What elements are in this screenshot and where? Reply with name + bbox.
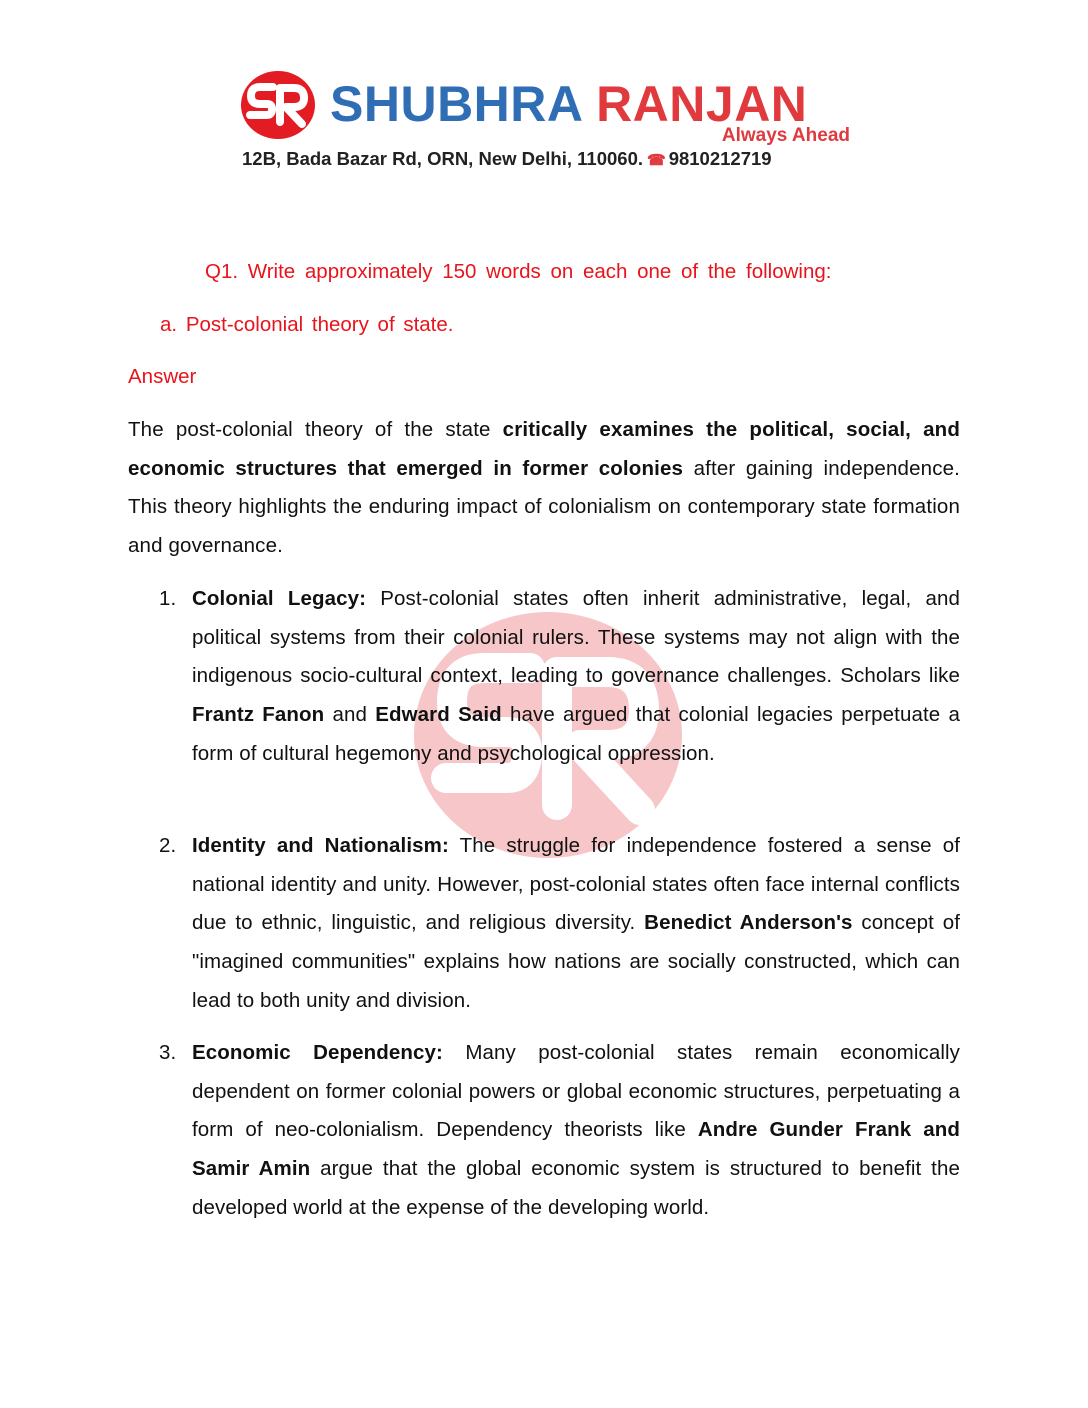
answer-heading: Answer — [128, 363, 196, 391]
address-line: 12B, Bada Bazar Rd, ORN, New Delhi, 1100… — [242, 148, 772, 172]
address: 12B, Bada Bazar Rd, ORN, New Delhi, 1100… — [242, 148, 643, 169]
sub-question-text: Post-colonial theory of state. — [186, 313, 454, 336]
letterhead: SHUBHRA RANJAN Always Ahead 12B, Bada Ba… — [238, 68, 858, 178]
bold-name: Edward Said — [375, 703, 502, 726]
list-number: 1. — [159, 580, 176, 619]
intro-paragraph: The post-colonial theory of the state cr… — [128, 411, 960, 566]
list-item-body: Identity and Nationalism: The struggle f… — [192, 834, 960, 1012]
question-prompt: Q1. Write approximately 150 words on eac… — [205, 258, 885, 286]
sr-logo-icon — [240, 70, 316, 140]
list-item: 2. Identity and Nationalism: The struggl… — [192, 827, 960, 1021]
bold-name: Frantz Fanon — [192, 703, 324, 726]
sub-question: a. Post-colonial theory of state. — [160, 311, 453, 339]
list-number: 3. — [159, 1034, 176, 1073]
list-item: 3. Economic Dependency: Many post-coloni… — [192, 1034, 960, 1228]
bold-name: Benedict Anderson's — [644, 911, 852, 934]
sub-question-label: a. — [160, 313, 177, 336]
brand-first: SHUBHRA — [330, 76, 582, 132]
text-segment: and — [324, 703, 375, 726]
phone-number: 9810212719 — [669, 148, 772, 169]
list-item-title: Economic Dependency: — [192, 1041, 443, 1064]
telephone-icon: ☎ — [647, 152, 666, 169]
list-item-body: Economic Dependency: Many post-colonial … — [192, 1041, 960, 1219]
list-item-body: Colonial Legacy: Post-colonial states of… — [192, 587, 960, 765]
brand-second: RANJAN — [596, 76, 807, 132]
intro-text-1: The post-colonial theory of the state — [128, 418, 503, 441]
list-item-title: Colonial Legacy: — [192, 587, 366, 610]
tagline: Always Ahead — [722, 125, 850, 147]
list-item: 1. Colonial Legacy: Post-colonial states… — [192, 580, 960, 774]
list-item-title: Identity and Nationalism: — [192, 834, 449, 857]
list-number: 2. — [159, 827, 176, 866]
